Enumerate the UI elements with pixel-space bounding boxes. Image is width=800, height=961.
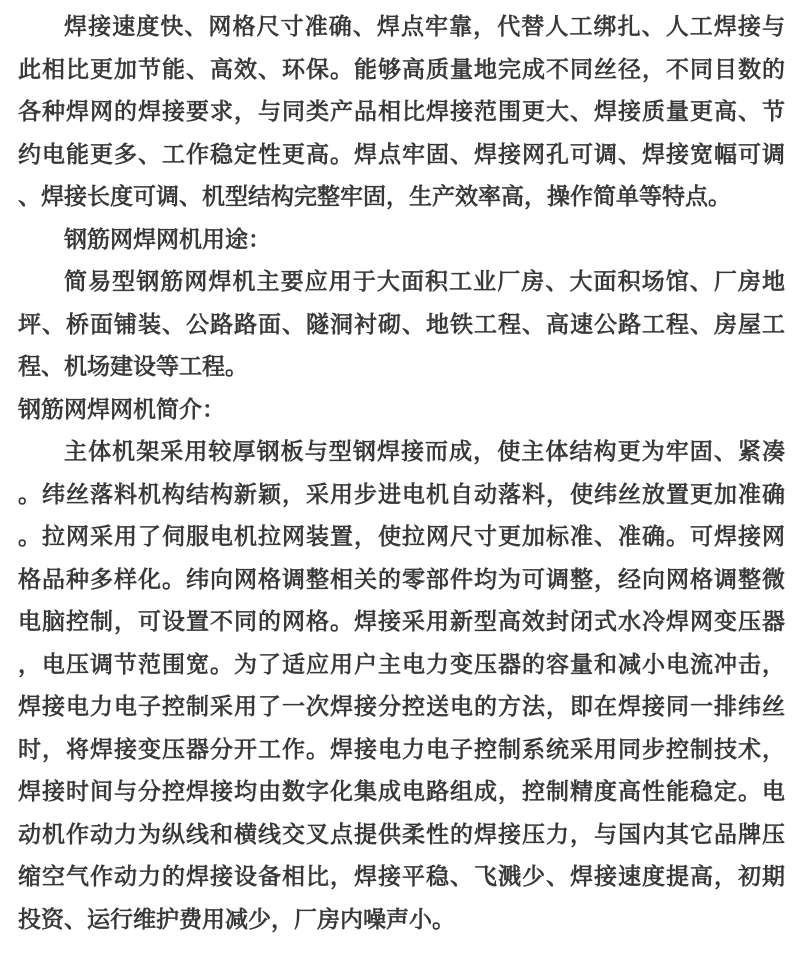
text-line: 程、机场建设等工程。 [18, 346, 785, 389]
text-line: 焊接电力电子控制采用了一次焊接分控送电的方法，即在焊接同一排纬丝 [18, 686, 785, 729]
text-line: 钢筋网焊网机用途： [18, 219, 785, 262]
text-line: ，电压调节范围宽。为了适应用户主电力变压器的容量和减小电流冲击， [18, 644, 785, 687]
document: 焊接速度快、网格尺寸准确、焊点牢靠，代替人工绑扎、人工焊接与此相比更加节能、高效… [0, 0, 800, 961]
text-line: 各种焊网的焊接要求，与同类产品相比焊接范围更大、焊接质量更高、节 [18, 91, 785, 134]
text-line: 。拉网采用了伺服电机拉网装置，使拉网尺寸更加标准、准确。可焊接网 [18, 516, 785, 559]
text-line: 。纬丝落料机构结构新颖，采用步进电机自动落料，使纬丝放置更加准确 [18, 474, 785, 517]
text-line: 简易型钢筋网焊机主要应用于大面积工业厂房、大面积场馆、厂房地 [18, 261, 785, 304]
text-lines: 焊接速度快、网格尺寸准确、焊点牢靠，代替人工绑扎、人工焊接与此相比更加节能、高效… [18, 6, 785, 941]
text-line: 坪、桥面铺装、公路路面、隧洞衬砌、地铁工程、高速公路工程、房屋工 [18, 304, 785, 347]
text-line: 约电能更多、工作稳定性更高。焊点牢固、焊接网孔可调、焊接宽幅可调 [18, 134, 785, 177]
text-line: 动机作动力为纵线和横线交叉点提供柔性的焊接压力，与国内其它品牌压 [18, 814, 785, 857]
text-line: 此相比更加节能、高效、环保。能够高质量地完成不同丝径，不同目数的 [18, 49, 785, 92]
text-line: 时，将焊接变压器分开工作。焊接电力电子控制系统采用同步控制技术， [18, 729, 785, 772]
text-line: 投资、运行维护费用减少，厂房内噪声小。 [18, 899, 785, 942]
text-line: 、焊接长度可调、机型结构完整牢固，生产效率高，操作简单等特点。 [18, 176, 785, 219]
text-line: 钢筋网焊网机简介： [18, 389, 785, 432]
text-line: 格品种多样化。纬向网格调整相关的零部件均为可调整，经向网格调整微 [18, 559, 785, 602]
text-line: 焊接时间与分控焊接均由数字化集成电路组成，控制精度高性能稳定。电 [18, 771, 785, 814]
text-line: 主体机架采用较厚钢板与型钢焊接而成，使主体结构更为牢固、紧凑 [18, 431, 785, 474]
text-line: 缩空气作动力的焊接设备相比，焊接平稳、飞溅少、焊接速度提高，初期 [18, 856, 785, 899]
text-line: 电脑控制，可设置不同的网格。焊接采用新型高效封闭式水冷焊网变压器 [18, 601, 785, 644]
text-line: 焊接速度快、网格尺寸准确、焊点牢靠，代替人工绑扎、人工焊接与 [18, 6, 785, 49]
